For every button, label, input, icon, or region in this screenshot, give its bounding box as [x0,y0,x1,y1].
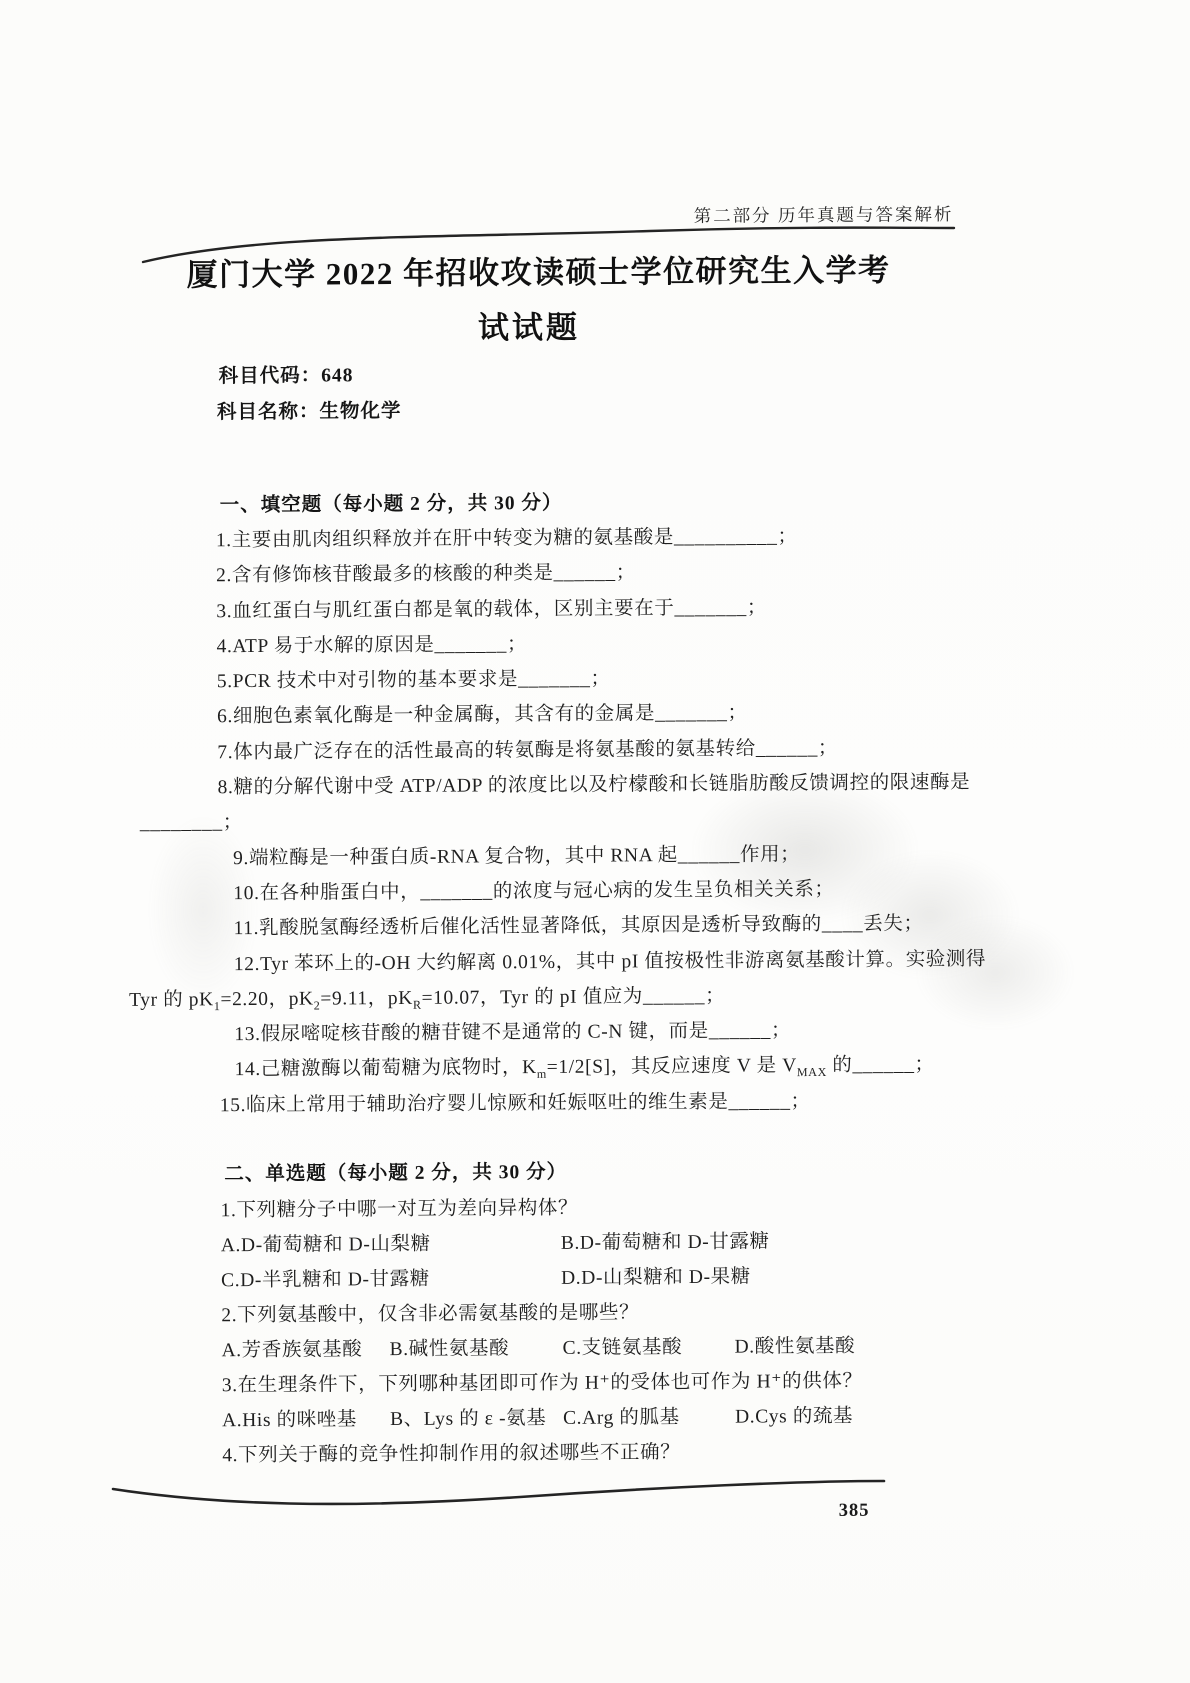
choice-option: A.His 的咪唑基 [222,1402,390,1438]
fill-question-line: 3.血红蛋白与肌红蛋白都是氧的载体，区别主要在于_______； [216,588,1076,629]
choice-option: A.D-葡萄糖和 D-山梨糖 [221,1226,561,1263]
choice-options-row: A.His 的咪唑基B、Lys 的 ε -氨基C.Arg 的胍基D.Cys 的巯… [222,1397,1102,1438]
scanned-exam-page: 第二部分 历年真题与答案解析 厦门大学 2022 年招收攻读硕士学位研究生入学考… [0,0,1190,1683]
page-content: 第二部分 历年真题与答案解析 厦门大学 2022 年招收攻读硕士学位研究生入学考… [0,0,1190,1683]
fill-question-line: 12.Tyr 苯环上的-OH 大约解离 0.01%，其中 pI 值按极性非游离氨… [234,941,1079,982]
fill-question-line: 7.体内最广泛存在的活性最高的转氨酶是将氨基酸的氨基转给______； [217,729,1077,770]
fill-question-line: 6.细胞色素氧化酶是一种金属酶，其含有的金属是_______； [217,694,1077,735]
fill-question-line: 9.端粒酶是一种蛋白质-RNA 复合物，其中 RNA 起______作用； [233,835,1078,876]
fill-question-line: 1.主要由肌肉组织释放并在肝中转变为糖的氨基酸是__________； [216,517,1076,558]
choice-questions: 1.下列糖分子中哪一对互为差向异构体？A.D-葡萄糖和 D-山梨糖B.D-葡萄糖… [220,1187,1102,1473]
fill-question-lines: 1.主要由肌肉组织释放并在肝中转变为糖的氨基酸是__________；2.含有修… [216,517,1080,1123]
choice-section-heading: 二、单选题（每小题 2 分，共 30 分） [224,1156,567,1186]
choice-options-row: A.芳香族氨基酸B.碱性氨基酸C.支链氨基酸D.酸性氨基酸 [221,1327,1101,1368]
choice-option: B.碱性氨基酸 [389,1331,562,1367]
exam-title-line2: 试试题 [0,298,1062,350]
fill-question-line: 15.临床上常用于辅助治疗婴儿惊厥和妊娠呕吐的维生素是______； [220,1082,1080,1123]
subject-code-line: 科目代码：648 [219,359,354,388]
choice-option: C.Arg 的胍基 [563,1400,735,1436]
choice-option: D.Cys 的巯基 [735,1397,1102,1435]
fill-question-line: 4.ATP 易于水解的原因是_______； [217,623,1077,664]
page-number: 385 [839,1501,870,1522]
part-header-text: 第二部分 历年真题与答案解析 [694,201,954,228]
choice-option: D.酸性氨基酸 [734,1327,1101,1365]
choice-option: C.支链氨基酸 [562,1330,734,1366]
subject-name-line: 科目名称：生物化学 [217,395,402,424]
choice-option: D.D-山梨糖和 D-果糖 [561,1258,901,1295]
fill-section-heading: 一、填空题（每小题 2 分，共 30 分） [220,487,563,517]
choice-question-stem: 4.下列关于酶的竞争性抑制作用的叙述哪些不正确？ [222,1432,1102,1473]
fill-question-line: 14.己糖激酶以葡萄糖为底物时，Km=1/2[S]，其反应速度 V 是 VMAX… [234,1047,1079,1088]
fill-question-line: 2.含有修饰核苷酸最多的核酸的种类是______； [216,553,1076,594]
fill-question-line: 8.糖的分解代谢中受 ATP/ADP 的浓度比以及柠檬酸和长链脂肪酸反馈调控的限… [218,764,1078,805]
choice-option: A.芳香族氨基酸 [221,1332,389,1368]
fill-question-line: 5.PCR 技术中对引物的基本要求是_______； [217,658,1077,699]
fill-question-line: 10.在各种脂蛋白中，_______的浓度与冠心病的发生呈负相关关系； [233,870,1078,911]
choice-option: B.D-葡萄糖和 D-甘露糖 [561,1223,901,1260]
exam-title-line1: 厦门大学 2022 年招收攻读硕士学位研究生入学考 [0,243,1081,296]
fill-question-line: 11.乳酸脱氢酶经透析后催化活性显著降低，其原因是透析导致酶的____丢失； [233,906,1078,947]
choice-option: C.D-半乳糖和 D-甘露糖 [221,1261,561,1298]
choice-option: B、Lys 的 ε -氨基 [390,1401,563,1437]
fill-question-line: 13.假尿嘧啶核苷酸的糖苷键不是通常的 C-N 键，而是______； [234,1011,1079,1052]
